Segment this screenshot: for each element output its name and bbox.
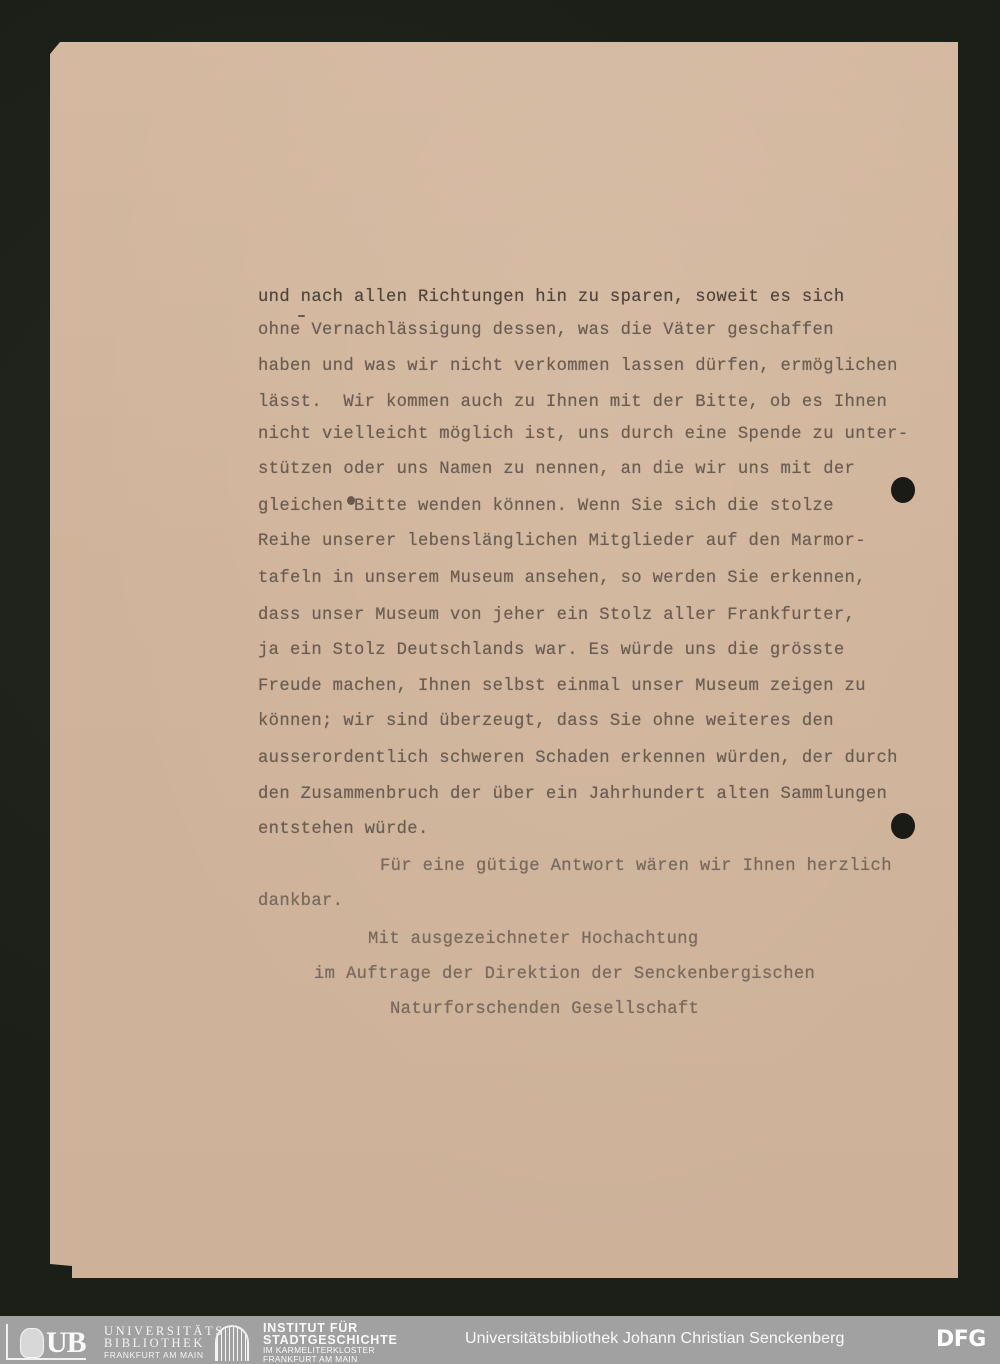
body-line: nicht vielleicht möglich ist, uns durch …	[258, 425, 909, 445]
signature-line: Mit ausgezeichneter Hochachtung	[368, 930, 699, 950]
body-line: ja ein Stolz Deutschlands war. Es würde …	[258, 641, 845, 661]
ub-letters: UB	[46, 1326, 86, 1360]
dfg-logo: DFG	[936, 1327, 986, 1352]
body-line: tafeln in unserem Museum ansehen, so wer…	[258, 569, 866, 589]
body-line: Freude machen, Ihnen selbst einmal unser…	[258, 677, 866, 697]
ink-mark	[298, 315, 305, 317]
body-line: und nach allen Richtungen hin zu sparen,…	[258, 288, 845, 308]
ub-logo-text: UNIVERSITÄTS BIBLIOTHEK FRANKFURT AM MAI…	[104, 1325, 225, 1361]
punch-hole	[891, 477, 915, 503]
ub-logo-line3: FRANKFURT AM MAIN	[104, 1349, 225, 1361]
signature-line: im Auftrage der Direktion der Senckenber…	[314, 965, 815, 985]
isg-logo-line4: FRANKFURT AM MAIN	[263, 1355, 398, 1364]
body-line: ohne Vernachlässigung dessen, was die Vä…	[258, 321, 834, 341]
punch-hole	[891, 813, 915, 839]
body-line: dass unser Museum von jeher ein Stolz al…	[258, 606, 855, 626]
ub-frankfurt-logo: UB UNIVERSITÄTS BIBLIOTHEK FRANKFURT AM …	[6, 1324, 206, 1360]
body-line: Reihe unserer lebenslänglichen Mitgliede…	[258, 532, 866, 552]
signature-line: Naturforschenden Gesellschaft	[390, 1000, 699, 1020]
body-line: entstehen würde.	[258, 820, 429, 840]
ub-logo-line2: BIBLIOTHEK	[104, 1337, 225, 1349]
closing-line: dankbar.	[258, 892, 343, 912]
closing-line: Für eine gütige Antwort wären wir Ihnen …	[380, 857, 892, 877]
isg-logo-text: INSTITUT FÜR STADTGESCHICHTE IM KARMELIT…	[263, 1322, 398, 1364]
portrait-icon	[20, 1328, 44, 1358]
body-line: stützen oder uns Namen zu nennen, an die…	[258, 460, 855, 480]
gothic-arch-icon	[215, 1325, 249, 1361]
body-line: den Zusammenbruch der über ein Jahrhunde…	[258, 785, 887, 805]
body-line: gleichen Bitte wenden können. Wenn Sie s…	[258, 497, 834, 517]
body-line: können; wir sind überzeugt, dass Sie ohn…	[258, 712, 834, 732]
body-line: lässt. Wir kommen auch zu Ihnen mit der …	[258, 393, 887, 413]
body-line: haben und was wir nicht verkommen lassen…	[258, 357, 898, 377]
footer-bar: UB UNIVERSITÄTS BIBLIOTHEK FRANKFURT AM …	[0, 1316, 1000, 1364]
footer-title: Universitätsbibliothek Johann Christian …	[465, 1330, 845, 1348]
body-line: ausserordentlich schweren Schaden erkenn…	[258, 749, 898, 769]
